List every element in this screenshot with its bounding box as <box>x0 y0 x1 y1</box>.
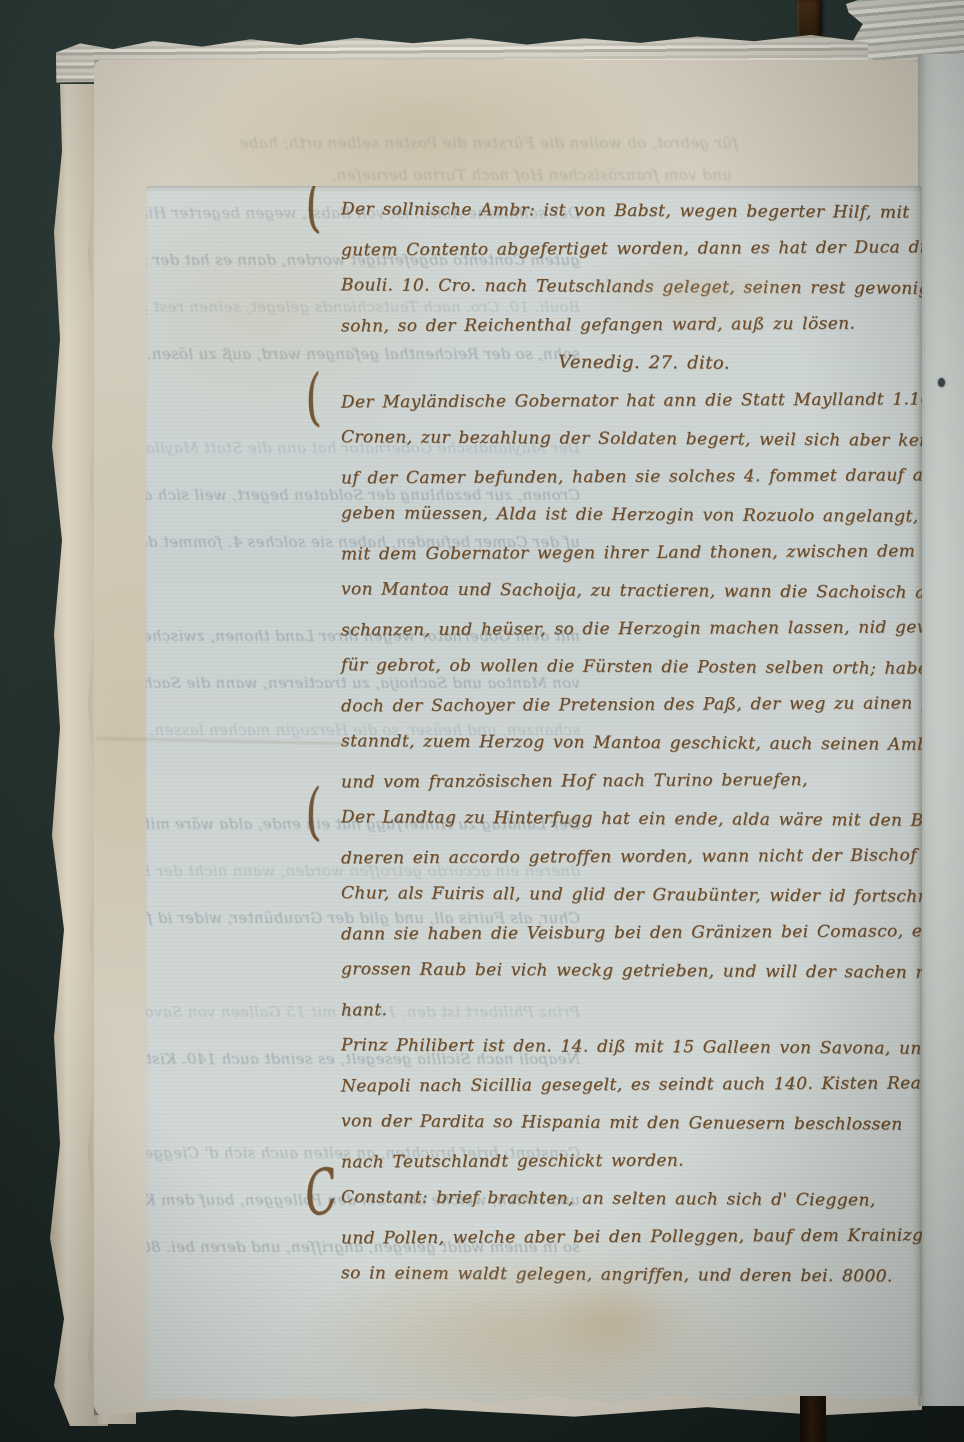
manuscript-line: ( Der sollnische Ambr: ist von Babst, we… <box>341 190 913 231</box>
manuscript-line: Prinz Philibert ist den. 14. diß mit 15 … <box>341 1026 913 1067</box>
manuscript-line: Chur, als Fuiris all, und glid der Graub… <box>341 874 913 915</box>
paragraph-initial-flourish: C <box>302 1161 341 1225</box>
manuscript-line: und vom französischen Hof nach Turino be… <box>341 761 913 802</box>
manuscript-line: C Constant: brief brachten, an selten au… <box>341 1178 913 1219</box>
ink-speck <box>938 378 945 387</box>
manuscript-line: dann sie haben die Veisburg bei den Grän… <box>341 913 913 954</box>
dateline-heading: Venedig. 27. dito. <box>341 342 913 383</box>
handwritten-text: ( Der sollnische Ambr: ist von Babst, we… <box>341 192 913 1294</box>
binding-board <box>800 1396 826 1442</box>
manuscript-line: schanzen, und heüser, so die Herzogin ma… <box>341 609 913 650</box>
manuscript-line: ( Der Landtag zu Hinterfugg hat ein ende… <box>341 798 913 839</box>
show-through-line: und vom französischen Hof nach Turino be… <box>252 166 732 184</box>
manuscript-line: nach Teutschlandt geschickt worden. <box>341 1141 913 1182</box>
manuscript-line: mit dem Gobernator wegen ihrer Land thon… <box>341 533 913 574</box>
manuscript-line: grossen Raub bei vich weckg getrieben, u… <box>341 950 913 991</box>
paper-stain <box>536 1276 686 1366</box>
line-text: Prinz Philibert ist den. 14. diß mit 15 … <box>341 1035 922 1059</box>
manuscript-line: geben müessen, Alda ist die Herzogin von… <box>341 494 913 535</box>
line-text: Der Landtag zu Hinterfugg hat ein ende, … <box>341 807 922 831</box>
manuscript-line: ( Der Mayländische Gobernator hat ann di… <box>341 381 913 422</box>
manuscript-line: Neapoli nach Sicillia gesegelt, es seind… <box>341 1065 913 1106</box>
manuscript-line: Cronen, zur bezahlung der Soldaten beger… <box>341 418 913 459</box>
line-text: Der sollnische Ambr: ist von Babst, wege… <box>341 199 910 222</box>
manuscript-line: von Mantoa und Sachoija, zu tractieren, … <box>341 570 913 611</box>
manuscript-leaf: Der sollnische Ambr: ist von Babst, wege… <box>146 186 922 1404</box>
manuscript-line: dneren ein accordo getroffen worden, wan… <box>341 837 913 878</box>
manuscript-line: für gebrot, ob wollen die Fürsten die Po… <box>341 646 913 687</box>
gutter-page-strip <box>918 54 964 1406</box>
manuscript-line: hant. <box>341 989 913 1030</box>
line-text: Der Mayländische Gobernator hat ann die … <box>341 389 922 412</box>
line-text: Constant: brief brachten, an selten auch… <box>341 1187 876 1210</box>
paper-stain <box>576 246 836 336</box>
manuscript-line: stanndt, zuem Herzog von Mantoa geschick… <box>341 722 913 763</box>
manuscript-photo: für gebrot, ob wollen die Fürsten die Po… <box>0 0 964 1442</box>
show-through-line: für gebrot, ob wollen die Fürsten die Po… <box>218 134 738 152</box>
manuscript-line: uf der Camer befunden, haben sie solches… <box>341 457 913 498</box>
manuscript-line: von der Pardita so Hispania mit den Genu… <box>341 1102 913 1143</box>
manuscript-line: doch der Sachoyer die Pretension des Paß… <box>341 685 913 726</box>
